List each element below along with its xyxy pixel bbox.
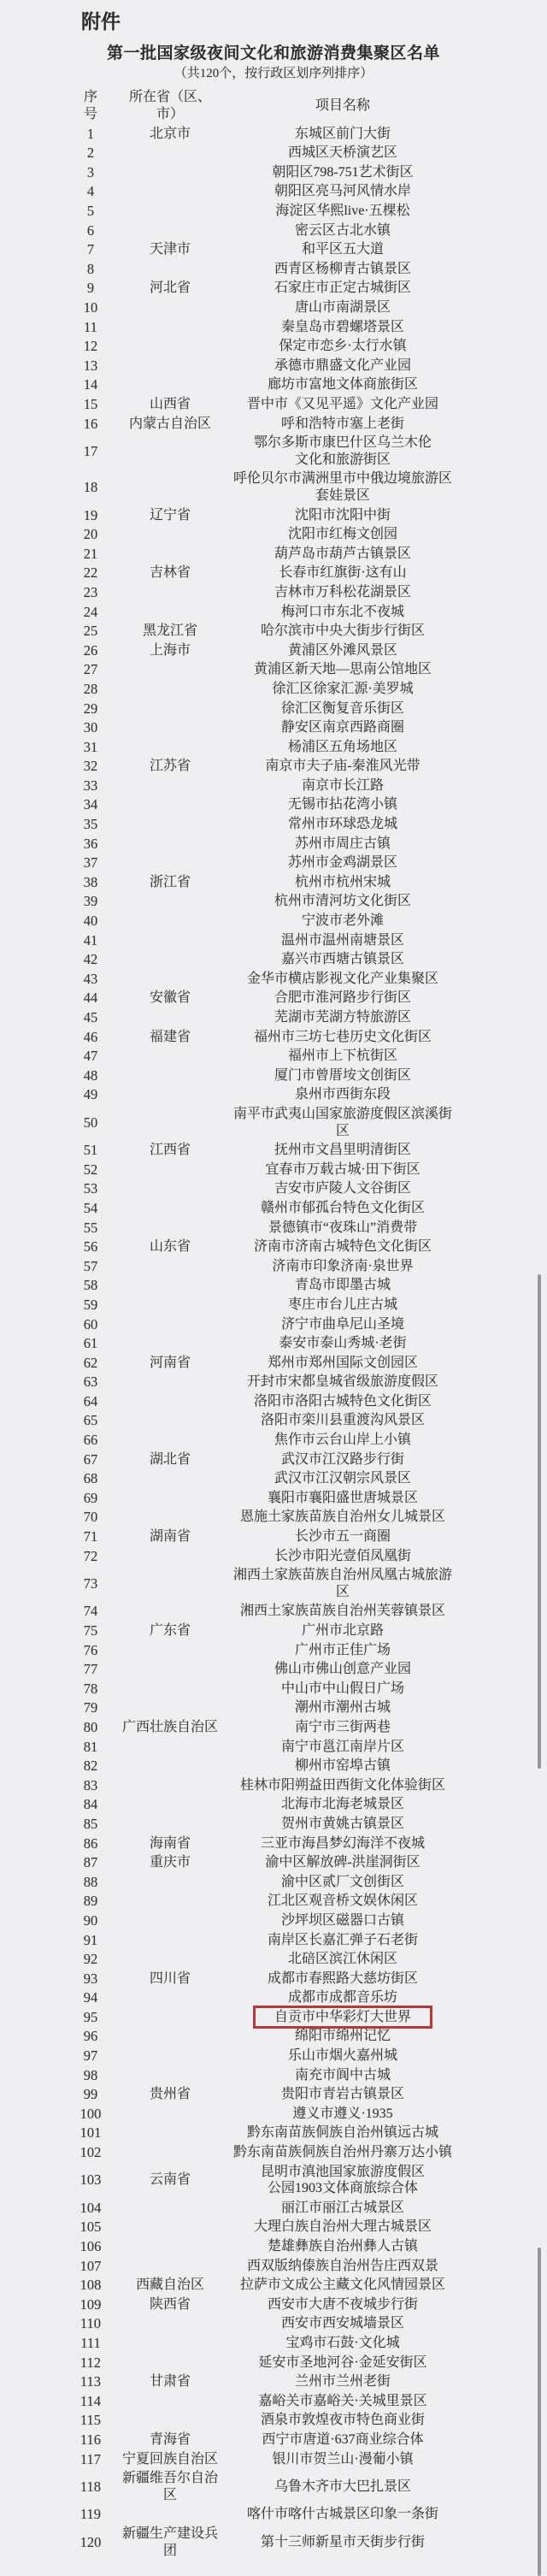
row-project-text: 桂林市阳朔益田西街文化体验街区 [240, 1778, 445, 1793]
row-project: 哈尔滨市中央大街步行街区 [221, 623, 465, 640]
row-seq-number: 84 [62, 1796, 120, 1813]
row-project: 西宁市唐道·637商业综合体 [221, 2431, 465, 2449]
row-seq-number: 115 [62, 2412, 120, 2429]
table-row: 33 南京市长江路 [0, 776, 547, 795]
row-project: 黄浦区新天地—思南公馆地区 [221, 661, 465, 678]
row-province: 新疆生产建设兵 团 [120, 2526, 221, 2559]
table-row: 6 密云区古北水镇 [0, 221, 547, 240]
row-project: 和平区五大道 [221, 241, 465, 258]
row-seq-number: 42 [62, 951, 120, 968]
row-project: 秦皇岛市碧螺塔景区 [221, 319, 465, 336]
row-seq-number: 58 [62, 1277, 120, 1294]
row-seq-number: 104 [62, 2200, 120, 2217]
row-project: 兰州市兰州老街 [221, 2373, 465, 2390]
row-project-text: 鄂尔多斯市康巴什区乌兰木伦 文化和旅游街区 [254, 435, 432, 467]
row-province: 江苏省 [120, 758, 221, 775]
row-project: 南平市武夷山国家旅游度假区滨溪街 区 [221, 1106, 465, 1139]
row-seq-number: 56 [62, 1238, 120, 1256]
row-project-text: 洛阳市栾川县重渡沟风景区 [261, 1413, 425, 1427]
row-project: 赣州市郁孤台特色文化街区 [221, 1200, 465, 1217]
table-row: 38 浙江省 杭州市杭州宋城 [0, 872, 547, 892]
row-project-text: 潮州市潮州古城 [295, 1700, 391, 1715]
row-project-text: 长沙市阳光壹佰凤凰街 [274, 1549, 411, 1563]
table-row: 91 南岸区长嘉汇弹子石老街 [0, 1930, 547, 1950]
table-row: 46 福建省 福州市三坊七巷历史文化街区 [0, 1027, 547, 1047]
row-province: 浙江省 [120, 874, 221, 891]
row-project-text: 朝阳区798-751艺术街区 [272, 165, 413, 180]
table-row: 60 济宁市曲阜尼山圣境 [0, 1315, 547, 1334]
row-seq-number: 53 [62, 1180, 120, 1197]
row-seq-number: 88 [62, 1874, 120, 1891]
row-project-text: 常州市环球恐龙城 [288, 817, 397, 831]
row-project: 贺州市黄姚古镇景区 [221, 1816, 465, 1833]
row-seq-number: 55 [62, 1220, 120, 1237]
row-project-text: 北海市北海老城景区 [281, 1797, 404, 1811]
attachment-label: 附件 [0, 0, 547, 33]
row-seq-number: 52 [62, 1161, 120, 1179]
row-seq-number: 28 [62, 681, 120, 698]
row-project: 贵阳市青岩古镇景区 [221, 2086, 465, 2103]
row-seq-number: 19 [62, 507, 120, 524]
row-project-text: 景德镇市“夜珠山”消费带 [268, 1220, 417, 1235]
row-project: 昆明市滇池国家旅游度假区 公园1903文体商旅综合体 [221, 2164, 465, 2197]
table-row: 36 苏州市周庄古镇 [0, 834, 547, 854]
table-row: 116 青海省 西宁市唐道·637商业综合体 [0, 2430, 547, 2449]
row-project: 宁波市老外滩 [221, 913, 465, 930]
row-seq-number: 117 [62, 2451, 120, 2468]
row-project: 潮州市潮州古城 [221, 1699, 465, 1716]
row-province: 辽宁省 [120, 507, 221, 524]
row-project: 桂林市阳朔益田西街文化体验街区 [221, 1777, 465, 1794]
row-project-text: 拉萨市文成公主藏文化风情园景区 [240, 2278, 445, 2292]
table-row: 10 唐山市南湖景区 [0, 298, 547, 318]
row-project: 抚州市文昌里明清街区 [221, 1142, 465, 1159]
row-project-text: 长春市红旗街·这有山 [279, 565, 406, 580]
table-row: 31 杨浦区五角场地区 [0, 737, 547, 757]
row-project: 葫芦岛市葫芦古镇景区 [221, 546, 465, 563]
row-seq-number: 30 [62, 719, 120, 736]
row-project: 呼和浩特市塞上老街 [221, 416, 465, 433]
row-province: 海南省 [120, 1835, 221, 1852]
table-row: 62 河南省 郑州市郑州国际文创园区 [0, 1353, 547, 1373]
row-project: 南岸区长嘉汇弹子石老街 [221, 1932, 465, 1949]
row-seq-number: 23 [62, 584, 120, 601]
row-project: 长沙市阳光壹佰凤凰街 [221, 1548, 465, 1565]
table-row: 77 佛山市佛山创意产业园 [0, 1660, 547, 1680]
row-seq-number: 14 [62, 376, 120, 393]
row-seq-number: 92 [62, 1951, 120, 1968]
row-project-text: 苏州市周庄古镇 [295, 836, 391, 851]
row-seq-number: 38 [62, 874, 120, 891]
table-row: 56 山东省 济南市济南古城特色文化街区 [0, 1238, 547, 1257]
row-seq-number: 65 [62, 1412, 120, 1429]
table-row: 81 南宁市邕江南岸片区 [0, 1737, 547, 1757]
row-seq-number: 11 [62, 319, 120, 336]
row-project: 徐汇区徐家汇源·美罗城 [221, 681, 465, 698]
table-row: 97 乐山市烟火嘉州城 [0, 2047, 547, 2066]
row-project-text: 丽江市丽江古城景区 [281, 2201, 404, 2215]
row-seq-number: 6 [62, 222, 120, 239]
page-subtitle: （共120个，按行政区划序列排序） [0, 66, 547, 81]
row-province: 内蒙古自治区 [120, 416, 221, 433]
table-row: 75 广东省 广州市北京路 [0, 1622, 547, 1641]
row-seq-number: 107 [62, 2258, 120, 2275]
row-project-text: 酒泉市敦煌夜市特色商业街 [261, 2413, 425, 2427]
table-row: 79 潮州市潮州古城 [0, 1699, 547, 1718]
row-project-text: 芜湖市芜湖方特旅游区 [274, 1010, 411, 1025]
row-project: 遵义市遵义·1935 [221, 2106, 465, 2123]
row-project: 乐山市烟火嘉州城 [221, 2047, 465, 2065]
row-project-text: 晋中市《又见平遥》文化产业园 [247, 397, 438, 411]
row-project: 武汉市江汉路步行街 [221, 1451, 465, 1468]
row-seq-number: 95 [62, 2009, 120, 2026]
row-seq-number: 7 [62, 241, 120, 258]
row-project-text: 石家庄市正定古城街区 [274, 281, 411, 295]
table-row: 110 西安市西安城墙景区 [0, 2314, 547, 2334]
table-row: 90 沙坪坝区磁器口古镇 [0, 1911, 547, 1930]
row-project-text: 南宁市三街两巷 [295, 1720, 391, 1734]
table-row: 41 温州市温州南塘景区 [0, 931, 547, 950]
row-seq-number: 86 [62, 1835, 120, 1852]
header-seq-number: 序 号 [62, 89, 120, 122]
row-project: 梅河口市东北不夜城 [221, 604, 465, 621]
row-province: 广东省 [120, 1622, 221, 1640]
row-seq-number: 119 [62, 2506, 120, 2523]
row-project: 酒泉市敦煌夜市特色商业街 [221, 2412, 465, 2429]
table-row: 5 海淀区华熙live·五棵松 [0, 202, 547, 222]
table-row: 74 湘西土家族苗族自治州芙蓉镇景区 [0, 1602, 547, 1622]
row-seq-number: 35 [62, 816, 120, 833]
table-row: 111 宝鸡市石鼓·文化城 [0, 2333, 547, 2353]
row-project-text: 西宁市唐道·637商业综合体 [262, 2432, 423, 2447]
row-project-text: 嘉峪关市嘉峪关·关城里景区 [258, 2394, 426, 2408]
row-seq-number: 57 [62, 1258, 120, 1275]
row-project: 南京市长江路 [221, 777, 465, 795]
row-project: 西城区天桥演艺区 [221, 145, 465, 162]
row-project: 静安区南京西路商圈 [221, 719, 465, 736]
table-row: 32 江苏省 南京市夫子庙-秦淮风光带 [0, 757, 547, 777]
row-project-text: 湘西土家族苗族自治州芙蓉镇景区 [240, 1604, 445, 1618]
row-seq-number: 4 [62, 183, 120, 200]
row-project: 合肥市淮河路步行街区 [221, 990, 465, 1007]
table-row: 44 安徽省 合肥市淮河路步行街区 [0, 989, 547, 1008]
row-seq-number: 61 [62, 1335, 120, 1352]
row-project-text: 西青区杨柳青古镇景区 [274, 262, 411, 276]
row-seq-number: 79 [62, 1699, 120, 1716]
row-seq-number: 118 [62, 2479, 120, 2496]
row-seq-number: 98 [62, 2067, 120, 2084]
row-project-text: 恩施土家族苗族自治州女儿城景区 [240, 1510, 445, 1524]
table-row: 4 朝阳区亮马河风情水岸 [0, 182, 547, 202]
table-row: 113 甘肃省 兰州市兰州老街 [0, 2372, 547, 2392]
row-project-text: 温州市温州南塘景区 [281, 933, 404, 948]
row-project: 开封市宋都皇城省级旅游度假区 [221, 1374, 465, 1391]
table-row: 27 黄浦区新天地—思南公馆地区 [0, 660, 547, 680]
row-project: 长春市红旗街·这有山 [221, 564, 465, 582]
row-project: 枣庄市台儿庄古城 [221, 1297, 465, 1314]
row-project-text: 南岸区长嘉汇弹子石老街 [268, 1933, 418, 1947]
row-project-text: 吉安市庐陵人文谷街区 [274, 1181, 411, 1196]
table-row: 106 楚雄彝族自治州彝人古镇 [0, 2237, 547, 2257]
table-row: 37 苏州市金鸡湖景区 [0, 854, 547, 873]
row-seq-number: 27 [62, 661, 120, 678]
row-seq-number: 87 [62, 1854, 120, 1871]
row-project-text: 黄浦区新天地—思南公馆地区 [254, 662, 432, 676]
table-row: 53 吉安市庐陵人文谷街区 [0, 1179, 547, 1199]
row-seq-number: 37 [62, 854, 120, 871]
row-project-text: 徐汇区衡复音乐街区 [281, 701, 404, 716]
table-row: 17 鄂尔多斯市康巴什区乌兰木伦 文化和旅游街区 [0, 434, 547, 470]
row-project: 福州市上下杭街区 [221, 1048, 465, 1065]
table-row: 61 泰安市泰山秀城·老街 [0, 1334, 547, 1354]
table-row: 119 喀什市喀什古城景区印象一条街 [0, 2505, 547, 2525]
row-project: 承德市鼎盛文化产业园 [221, 357, 465, 375]
row-seq-number: 44 [62, 990, 120, 1007]
table-row: 109 陕西省 西安市大唐不夜城步行街 [0, 2295, 547, 2314]
row-seq-number: 41 [62, 932, 120, 949]
row-project: 朝阳区798-751艺术街区 [221, 164, 465, 181]
row-project-text: 徐汇区徐家汇源·美罗城 [272, 682, 413, 696]
row-project: 沈阳市红梅文创园 [221, 526, 465, 543]
row-project-text: 南平市武夷山国家旅游度假区滨溪街 区 [233, 1107, 452, 1138]
row-seq-number: 46 [62, 1029, 120, 1046]
table-row: 73 湘西土家族苗族自治州凤凰古城旅游 区 [0, 1566, 547, 1602]
row-seq-number: 24 [62, 604, 120, 621]
row-project-text: 焦作市云台山岸上小镇 [274, 1433, 411, 1447]
row-project: 济宁市曲阜尼山圣境 [221, 1316, 465, 1333]
row-project: 丽江市丽江古城景区 [221, 2200, 465, 2217]
row-project-text: 吉林市万科松花湖景区 [274, 585, 411, 600]
row-project-text: 中山市中山假日广场 [281, 1681, 404, 1696]
row-project: 芜湖市芜湖方特旅游区 [221, 1009, 465, 1026]
table-row: 88 渝中区贰厂文创街区 [0, 1872, 547, 1892]
row-project-text: 宜春市万载古城·田下街区 [265, 1162, 420, 1177]
row-project-text: 柳州市窑埠古镇 [295, 1758, 391, 1773]
row-province: 青海省 [120, 2431, 221, 2449]
table-row: 92 北碚区滨江休闲区 [0, 1950, 547, 1970]
row-project-text: 遵义市遵义·1935 [292, 2106, 392, 2121]
row-seq-number: 22 [62, 564, 120, 582]
row-project: 广州市正佳广场 [221, 1642, 465, 1659]
row-project-text: 杨浦区五角场地区 [288, 740, 397, 754]
header-province: 所在省（区、 市） [120, 89, 221, 122]
table-row: 58 青岛市即墨古城 [0, 1276, 547, 1296]
table-row: 76 广州市正佳广场 [0, 1640, 547, 1660]
row-province: 北京市 [120, 126, 221, 143]
row-seq-number: 113 [62, 2373, 120, 2390]
row-seq-number: 106 [62, 2238, 120, 2255]
row-project: 保定市恋乡·太行水镇 [221, 338, 465, 355]
row-province: 上海市 [120, 642, 221, 659]
row-seq-number: 108 [62, 2277, 120, 2294]
row-project: 杭州市清河坊文化街区 [221, 893, 465, 910]
row-project: 拉萨市文成公主藏文化风情园景区 [221, 2277, 465, 2294]
table-row: 93 四川省 成都市春熙路大慈坊街区 [0, 1969, 547, 1988]
row-project: 福州市三坊七巷历史文化街区 [221, 1029, 465, 1046]
row-project: 海淀区华熙live·五棵松 [221, 203, 465, 220]
row-project-text: 海淀区华熙live·五棵松 [275, 204, 409, 218]
row-province: 宁夏回族自治区 [120, 2451, 221, 2468]
row-seq-number: 39 [62, 893, 120, 910]
row-seq-number: 60 [62, 1316, 120, 1333]
table-row: 78 中山市中山假日广场 [0, 1679, 547, 1699]
row-seq-number: 70 [62, 1509, 120, 1526]
row-project-text: 渝中区贰厂文创街区 [281, 1875, 404, 1889]
row-project-text: 武汉市江汉朝宗风景区 [274, 1471, 411, 1486]
row-province: 西藏自治区 [120, 2277, 221, 2294]
table-row: 112 延安市圣地河谷·金延安街区 [0, 2353, 547, 2372]
row-project-text: 泉州市西街东段 [295, 1087, 391, 1102]
row-seq-number: 17 [62, 443, 120, 460]
row-project-text: 厦门市曾厝垵文创街区 [274, 1068, 411, 1083]
row-project: 绵阳市绵州记忆 [221, 2028, 465, 2045]
row-project: 吉林市万科松花湖景区 [221, 584, 465, 601]
row-province: 江西省 [120, 1142, 221, 1159]
table-row: 43 金华市横店影视文化产业集聚区 [0, 969, 547, 989]
table-row: 114 嘉峪关市嘉峪关·关城里景区 [0, 2391, 547, 2411]
row-seq-number: 36 [62, 836, 120, 853]
row-project: 黔东南苗族侗族自治州丹寨万达小镇 [221, 2144, 465, 2161]
row-project: 西青区杨柳青古镇景区 [221, 261, 465, 278]
row-project: 西双版纳傣族自治州告庄西双景 [221, 2258, 465, 2275]
table-row: 22 吉林省 长春市红旗街·这有山 [0, 564, 547, 583]
scrollbar-thumb-lower[interactable] [538, 2248, 541, 2576]
row-seq-number: 26 [62, 642, 120, 659]
row-project-text: 昆明市滇池国家旅游度假区 公园1903文体商旅综合体 [261, 2165, 425, 2196]
row-project: 杨浦区五角场地区 [221, 739, 465, 756]
row-project: 恩施土家族苗族自治州女儿城景区 [221, 1509, 465, 1526]
row-project-text: 承德市鼎盛文化产业园 [274, 358, 411, 373]
row-project: 嘉兴市西塘古镇景区 [221, 951, 465, 968]
row-project: 嘉峪关市嘉峪关·关城里景区 [221, 2393, 465, 2410]
row-seq-number: 5 [62, 203, 120, 220]
table-row: 14 廊坊市富地文体商旅街区 [0, 375, 547, 395]
table-row: 12 保定市恋乡·太行水镇 [0, 337, 547, 357]
row-seq-number: 67 [62, 1451, 120, 1468]
row-project-text: 渝中区解放碑-洪崖洞街区 [265, 1855, 420, 1870]
table-row: 72 长沙市阳光壹佰凤凰街 [0, 1546, 547, 1566]
row-project-text: 保定市恋乡·太行水镇 [279, 339, 406, 353]
table-row: 9 河北省 石家庄市正定古城街区 [0, 279, 547, 298]
table-header: 序 号 所在省（区、 市） 项目名称 [0, 87, 547, 124]
row-seq-number: 10 [62, 299, 120, 316]
row-project-text: 西安市大唐不夜城步行街 [268, 2297, 418, 2312]
table-row: 49 泉州市西街东段 [0, 1085, 547, 1105]
table-row: 100 遵义市遵义·1935 [0, 2104, 547, 2124]
row-seq-number: 63 [62, 1374, 120, 1391]
row-project: 北海市北海老城景区 [221, 1796, 465, 1813]
row-project: 密云区古北水镇 [221, 222, 465, 239]
row-project-text: 武汉市江汉路步行街 [281, 1452, 404, 1467]
table-row: 51 江西省 抚州市文昌里明清街区 [0, 1141, 547, 1161]
row-project: 江北区观音桥文娱休闲区 [221, 1893, 465, 1910]
row-project: 成都市成都音乐坊 [221, 1989, 465, 2006]
row-project-text: 抚州市文昌里明清街区 [274, 1143, 411, 1157]
table-row: 15 山西省 晋中市《又见平遥》文化产业园 [0, 395, 547, 415]
row-project-text: 沈阳市红梅文创园 [288, 527, 397, 541]
row-project-text: 南京市长江路 [302, 778, 384, 793]
row-project: 渝中区贰厂文创街区 [221, 1874, 465, 1891]
row-project-text: 宝鸡市石鼓·文化城 [285, 2336, 399, 2350]
header-project-name: 项目名称 [221, 97, 465, 115]
row-project-text: 长沙市五一商圈 [295, 1529, 391, 1544]
row-seq-number: 102 [62, 2144, 120, 2161]
table-row: 30 静安区南京西路商圈 [0, 718, 547, 738]
row-seq-number: 49 [62, 1086, 120, 1103]
row-province: 河北省 [120, 280, 221, 297]
row-seq-number: 109 [62, 2296, 120, 2313]
row-project-text: 黔东南苗族侗族自治州丹寨万达小镇 [233, 2145, 452, 2159]
row-province: 福建省 [120, 1029, 221, 1046]
table-row: 69 襄阳市襄阳盛世唐城景区 [0, 1488, 547, 1508]
row-project-text: 北碚区滨江休闲区 [288, 1952, 397, 1966]
row-project: 渝中区解放碑-洪崖洞街区 [221, 1854, 465, 1871]
row-project: 常州市环球恐龙城 [221, 816, 465, 833]
row-project-text: 枣庄市台儿庄古城 [288, 1297, 397, 1312]
row-project: 银川市贺兰山·漫葡小镇 [221, 2451, 465, 2468]
row-project-text: 第十三师新星市天街步行街 [261, 2535, 425, 2549]
table-row: 80 广西壮族自治区 南宁市三街两巷 [0, 1717, 547, 1737]
row-project: 石家庄市正定古城街区 [221, 280, 465, 297]
row-province: 山东省 [120, 1238, 221, 1256]
scrollbar-thumb-upper[interactable] [538, 1274, 541, 1769]
row-seq-number: 12 [62, 338, 120, 355]
row-project-text: 郑州市郑州国际文创园区 [268, 1356, 418, 1370]
row-project: 南宁市三街两巷 [221, 1719, 465, 1736]
table-row: 83 桂林市阳朔益田西街文化体验街区 [0, 1775, 547, 1795]
row-seq-number: 101 [62, 2124, 120, 2142]
row-project-text: 泰安市泰山秀城·老街 [279, 1336, 406, 1350]
row-project-text: 唐山市南湖景区 [295, 300, 391, 315]
row-seq-number: 71 [62, 1528, 120, 1545]
row-seq-number: 29 [62, 700, 120, 718]
row-project: 徐汇区衡复音乐街区 [221, 700, 465, 718]
row-project-text: 佛山市佛山创意产业园 [274, 1662, 411, 1676]
table-row: 120 新疆生产建设兵 团 第十三师新星市天街步行街 [0, 2524, 547, 2560]
table-row: 89 江北区观音桥文娱休闲区 [0, 1892, 547, 1911]
row-seq-number: 1 [62, 126, 120, 143]
row-seq-number: 81 [62, 1739, 120, 1756]
table-row: 39 杭州市清河坊文化街区 [0, 892, 547, 912]
row-project-text: 楚雄彝族自治州彝人古镇 [268, 2239, 418, 2254]
row-project-text: 呼伦贝尔市满洲里市中俄边境旅游区 套娃景区 [233, 471, 452, 503]
row-project: 景德镇市“夜珠山”消费带 [221, 1220, 465, 1237]
row-province: 重庆市 [120, 1854, 221, 1871]
table-row: 71 湖南省 长沙市五一商圈 [0, 1527, 547, 1547]
row-project: 乌鲁木齐市大巴扎景区 [221, 2479, 465, 2496]
row-project-text: 福州市三坊七巷历史文化街区 [254, 1030, 432, 1044]
row-project-text: 廊坊市富地文体商旅街区 [268, 377, 418, 392]
row-seq-number: 2 [62, 145, 120, 162]
row-project-text: 和平区五大道 [302, 242, 384, 257]
row-project: 鄂尔多斯市康巴什区乌兰木伦 文化和旅游街区 [221, 434, 465, 468]
row-project: 济南市印象济南·泉世界 [221, 1258, 465, 1275]
row-project-text: 宁波市老外滩 [302, 913, 384, 928]
row-seq-number: 77 [62, 1661, 120, 1678]
row-project: 沙坪坝区磁器口古镇 [221, 1912, 465, 1929]
row-project: 柳州市窑埠古镇 [221, 1758, 465, 1775]
table-row: 50 南平市武夷山国家旅游度假区滨溪街 区 [0, 1104, 547, 1140]
row-project-text: 葫芦岛市葫芦古镇景区 [274, 547, 411, 561]
row-seq-number: 9 [62, 280, 120, 297]
table-row: 105 大理白族自治州大理古城景区 [0, 2218, 547, 2237]
row-project-text: 江北区观音桥文娱休闲区 [268, 1894, 418, 1908]
row-project: 自贡市中华彩灯大世界 [221, 2009, 465, 2026]
row-province: 黑龙江省 [120, 623, 221, 640]
table-row: 47 福州市上下杭街区 [0, 1047, 547, 1066]
row-seq-number: 82 [62, 1758, 120, 1775]
row-seq-number: 74 [62, 1603, 120, 1620]
